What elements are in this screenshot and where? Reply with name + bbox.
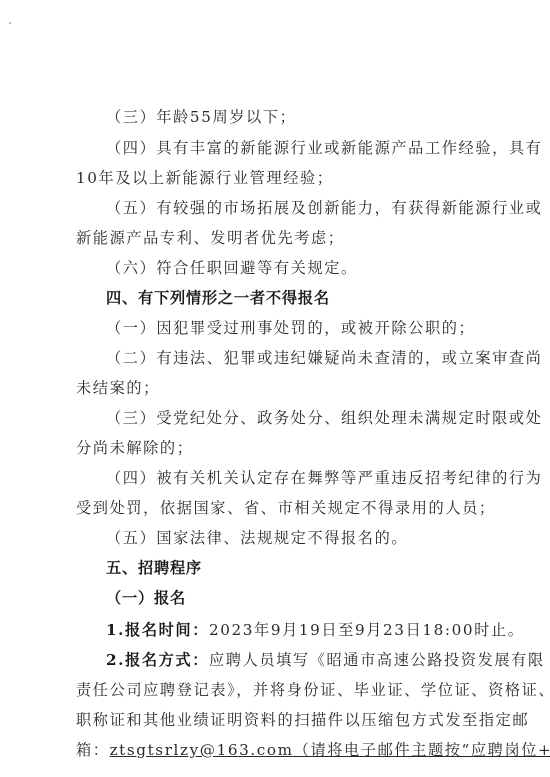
scan-speck (9, 22, 11, 24)
email-link[interactable]: ztsgtsrlzy@163.com (110, 741, 294, 759)
exclusion-3-cont: 分尚未解除的； (76, 438, 476, 458)
registration-method: 2.报名方式：应聘人员填写《昭通市高速公路投资发展有限 (106, 650, 506, 670)
requirement-5: （五）有较强的市场拓展及创新能力，有获得新能源行业或 (106, 198, 506, 218)
requirement-4: （四）具有丰富的新能源行业或新能源产品工作经验，具有 (106, 138, 506, 158)
requirement-3: （三）年龄55周岁以下； (106, 107, 506, 127)
registration-time-label: 1.报名时间： (106, 621, 209, 639)
exclusion-4: （四）被有关机关认定存在舞弊等严重违反招考纪律的行为 (106, 468, 506, 488)
registration-method-line3: 职称证和其他业绩证明资料的扫描件以压缩包方式发至指定邮 (76, 710, 476, 730)
email-subject-note: （请将电子邮件主题按“应聘岗位+姓名” (294, 741, 550, 759)
registration-time: 1.报名时间：2023年9月19日至9月23日18:00时止。 (106, 620, 506, 640)
mailbox-label: 箱： (76, 741, 110, 759)
registration-method-line4: 箱：ztsgtsrlzy@163.com（请将电子邮件主题按“应聘岗位+姓名” (76, 740, 476, 760)
exclusion-4-cont: 受到处罚，依据国家、省、市相关规定不得录用的人员； (76, 498, 476, 518)
registration-method-text: 应聘人员填写《昭通市高速公路投资发展有限 (209, 651, 545, 669)
exclusion-5: （五）国家法律、法规规定不得报名的。 (106, 528, 506, 548)
section-heading-5: 五、招聘程序 (106, 558, 506, 578)
registration-time-value: 2023年9月19日至9月23日18:00时止。 (209, 621, 524, 639)
section-heading-4: 四、有下列情形之一者不得报名 (106, 288, 506, 308)
exclusion-2: （二）有违法、犯罪或违纪嫌疑尚未查清的，或立案审查尚 (106, 348, 506, 368)
document-page: （三）年龄55周岁以下； （四）具有丰富的新能源行业或新能源产品工作经验，具有 … (0, 0, 550, 777)
exclusion-3: （三）受党纪处分、政务处分、组织处理未满规定时限或处 (106, 408, 506, 428)
subsection-registration: （一）报名 (106, 588, 506, 608)
requirement-6: （六）符合任职回避等有关规定。 (106, 258, 506, 278)
exclusion-1: （一）因犯罪受过刑事处罚的，或被开除公职的； (106, 318, 506, 338)
registration-method-line2: 责任公司应聘登记表》，并将身份证、毕业证、学位证、资格证、 (76, 680, 476, 700)
registration-method-label: 2.报名方式： (106, 651, 209, 669)
requirement-5-cont: 新能源产品专利、发明者优先考虑； (76, 228, 476, 248)
exclusion-2-cont: 未结案的； (76, 378, 476, 398)
requirement-4-cont: 10年及以上新能源行业管理经验； (76, 168, 476, 188)
